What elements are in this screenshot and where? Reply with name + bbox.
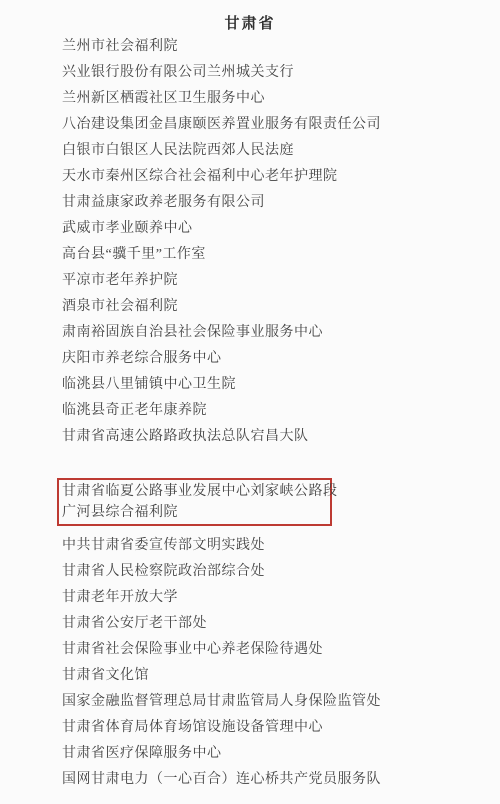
list-item: 兰州新区栖霞社区卫生服务中心 [62, 86, 500, 112]
highlight-box: 甘肃省临夏公路事业发展中心刘家峡公路段 广河县综合福利院 [57, 478, 332, 526]
list-item: 甘肃省人民检察院政治部综合处 [62, 559, 500, 585]
list-item: 天水市秦州区综合社会福利中心老年护理院 [62, 164, 500, 190]
org-list-top: 兰州市社会福利院 兴业银行股份有限公司兰州城关支行 兰州新区栖霞社区卫生服务中心… [0, 34, 500, 450]
list-item: 甘肃省公安厅老干部处 [62, 611, 500, 637]
list-item: 中共甘肃省委宣传部文明实践处 [62, 533, 500, 559]
list-item: 八冶建设集团金昌康颐医养置业服务有限责任公司 [62, 112, 500, 138]
list-item: 平凉市老年养护院 [62, 268, 500, 294]
highlighted-list-item: 广河县综合福利院 [62, 502, 330, 523]
highlighted-list-item: 甘肃省临夏公路事业发展中心刘家峡公路段 [62, 481, 330, 502]
list-item: 武威市孝业颐养中心 [62, 216, 500, 242]
list-item: 酒泉市社会福利院 [62, 294, 500, 320]
list-item: 兴业银行股份有限公司兰州城关支行 [62, 60, 500, 86]
list-item: 兰州市社会福利院 [62, 34, 500, 60]
list-item: 甘肃老年开放大学 [62, 585, 500, 611]
list-item: 甘肃益康家政养老服务有限公司 [62, 190, 500, 216]
list-item: 肃南裕固族自治县社会保险事业服务中心 [62, 320, 500, 346]
list-item: 甘肃省体育局体育场馆设施设备管理中心 [62, 715, 500, 741]
document-page: 甘肃省 兰州市社会福利院 兴业银行股份有限公司兰州城关支行 兰州新区栖霞社区卫生… [0, 0, 500, 804]
list-item: 临洮县八里铺镇中心卫生院 [62, 372, 500, 398]
list-item: 甘肃省高速公路路政执法总队宕昌大队 [62, 424, 500, 450]
list-item: 临洮县奇正老年康养院 [62, 398, 500, 424]
list-item: 甘肃省文化馆 [62, 663, 500, 689]
list-item: 甘肃省社会保险事业中心养老保险待遇处 [62, 637, 500, 663]
page-title: 甘肃省 [0, 0, 500, 34]
list-item: 国网甘肃电力（一心百合）连心桥共产党员服务队 [62, 767, 500, 793]
list-item: 国家金融监督管理总局甘肃监管局人身保险监管处 [62, 689, 500, 715]
org-list-bottom: 中共甘肃省委宣传部文明实践处 甘肃省人民检察院政治部综合处 甘肃老年开放大学 甘… [0, 533, 500, 793]
list-item: 甘肃省医疗保障服务中心 [62, 741, 500, 767]
list-item: 高台县“骥千里”工作室 [62, 242, 500, 268]
list-item: 庆阳市养老综合服务中心 [62, 346, 500, 372]
list-item: 白银市白银区人民法院西郊人民法庭 [62, 138, 500, 164]
